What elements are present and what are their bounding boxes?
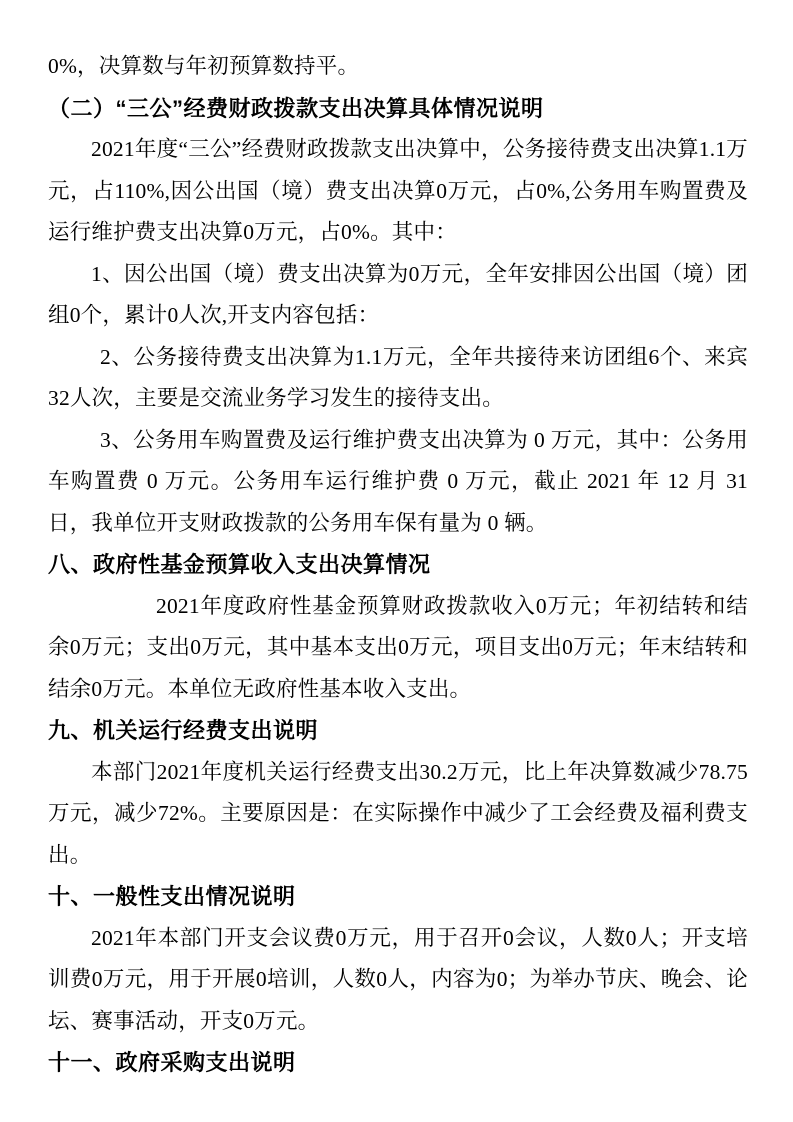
paragraph-government-fund-budget: 2021年度政府性基金预算财政拨款收入0万元；年初结转和结余0万元；支出0万元，… [48, 586, 748, 711]
paragraph-general-expenditure: 2021年本部门开支会议费0万元，用于召开0会议，人数0人；开支培训费0万元，用… [48, 918, 748, 1043]
paragraph-agency-operating-expense: 本部门2021年度机关运行经费支出30.2万元，比上年决算数减少78.75万元，… [48, 752, 748, 877]
paragraph-carryover: 0%，决算数与年初预算数持平。 [48, 46, 748, 88]
paragraph-item-1-overseas-trips: 1、因公出国（境）费支出决算为0万元，全年安排因公出国（境）团组0个，累计0人次… [48, 254, 748, 337]
heading-subsection-2-three-public-expenses: （二）“三公”经费财政拨款支出决算具体情况说明 [48, 88, 748, 130]
paragraph-item-3-official-vehicles: 3、公务用车购置费及运行维护费支出决算为 0 万元，其中：公务用车购置费 0 万… [48, 420, 748, 545]
document-page: 0%，决算数与年初预算数持平。 （二）“三公”经费财政拨款支出决算具体情况说明 … [0, 0, 793, 1122]
heading-section-11-government-procurement: 十一、政府采购支出说明 [48, 1042, 748, 1084]
heading-section-10-general-expenditure: 十、一般性支出情况说明 [48, 876, 748, 918]
heading-section-8-government-fund-budget: 八、政府性基金预算收入支出决算情况 [48, 544, 748, 586]
paragraph-item-2-official-reception: 2、公务接待费支出决算为1.1万元，全年共接待来访团组6个、来宾32人次，主要是… [48, 337, 748, 420]
heading-section-9-agency-operating-expense: 九、机关运行经费支出说明 [48, 710, 748, 752]
paragraph-three-public-overview: 2021年度“三公”经费财政拨款支出决算中，公务接待费支出决算1.1万元，占11… [48, 129, 748, 254]
